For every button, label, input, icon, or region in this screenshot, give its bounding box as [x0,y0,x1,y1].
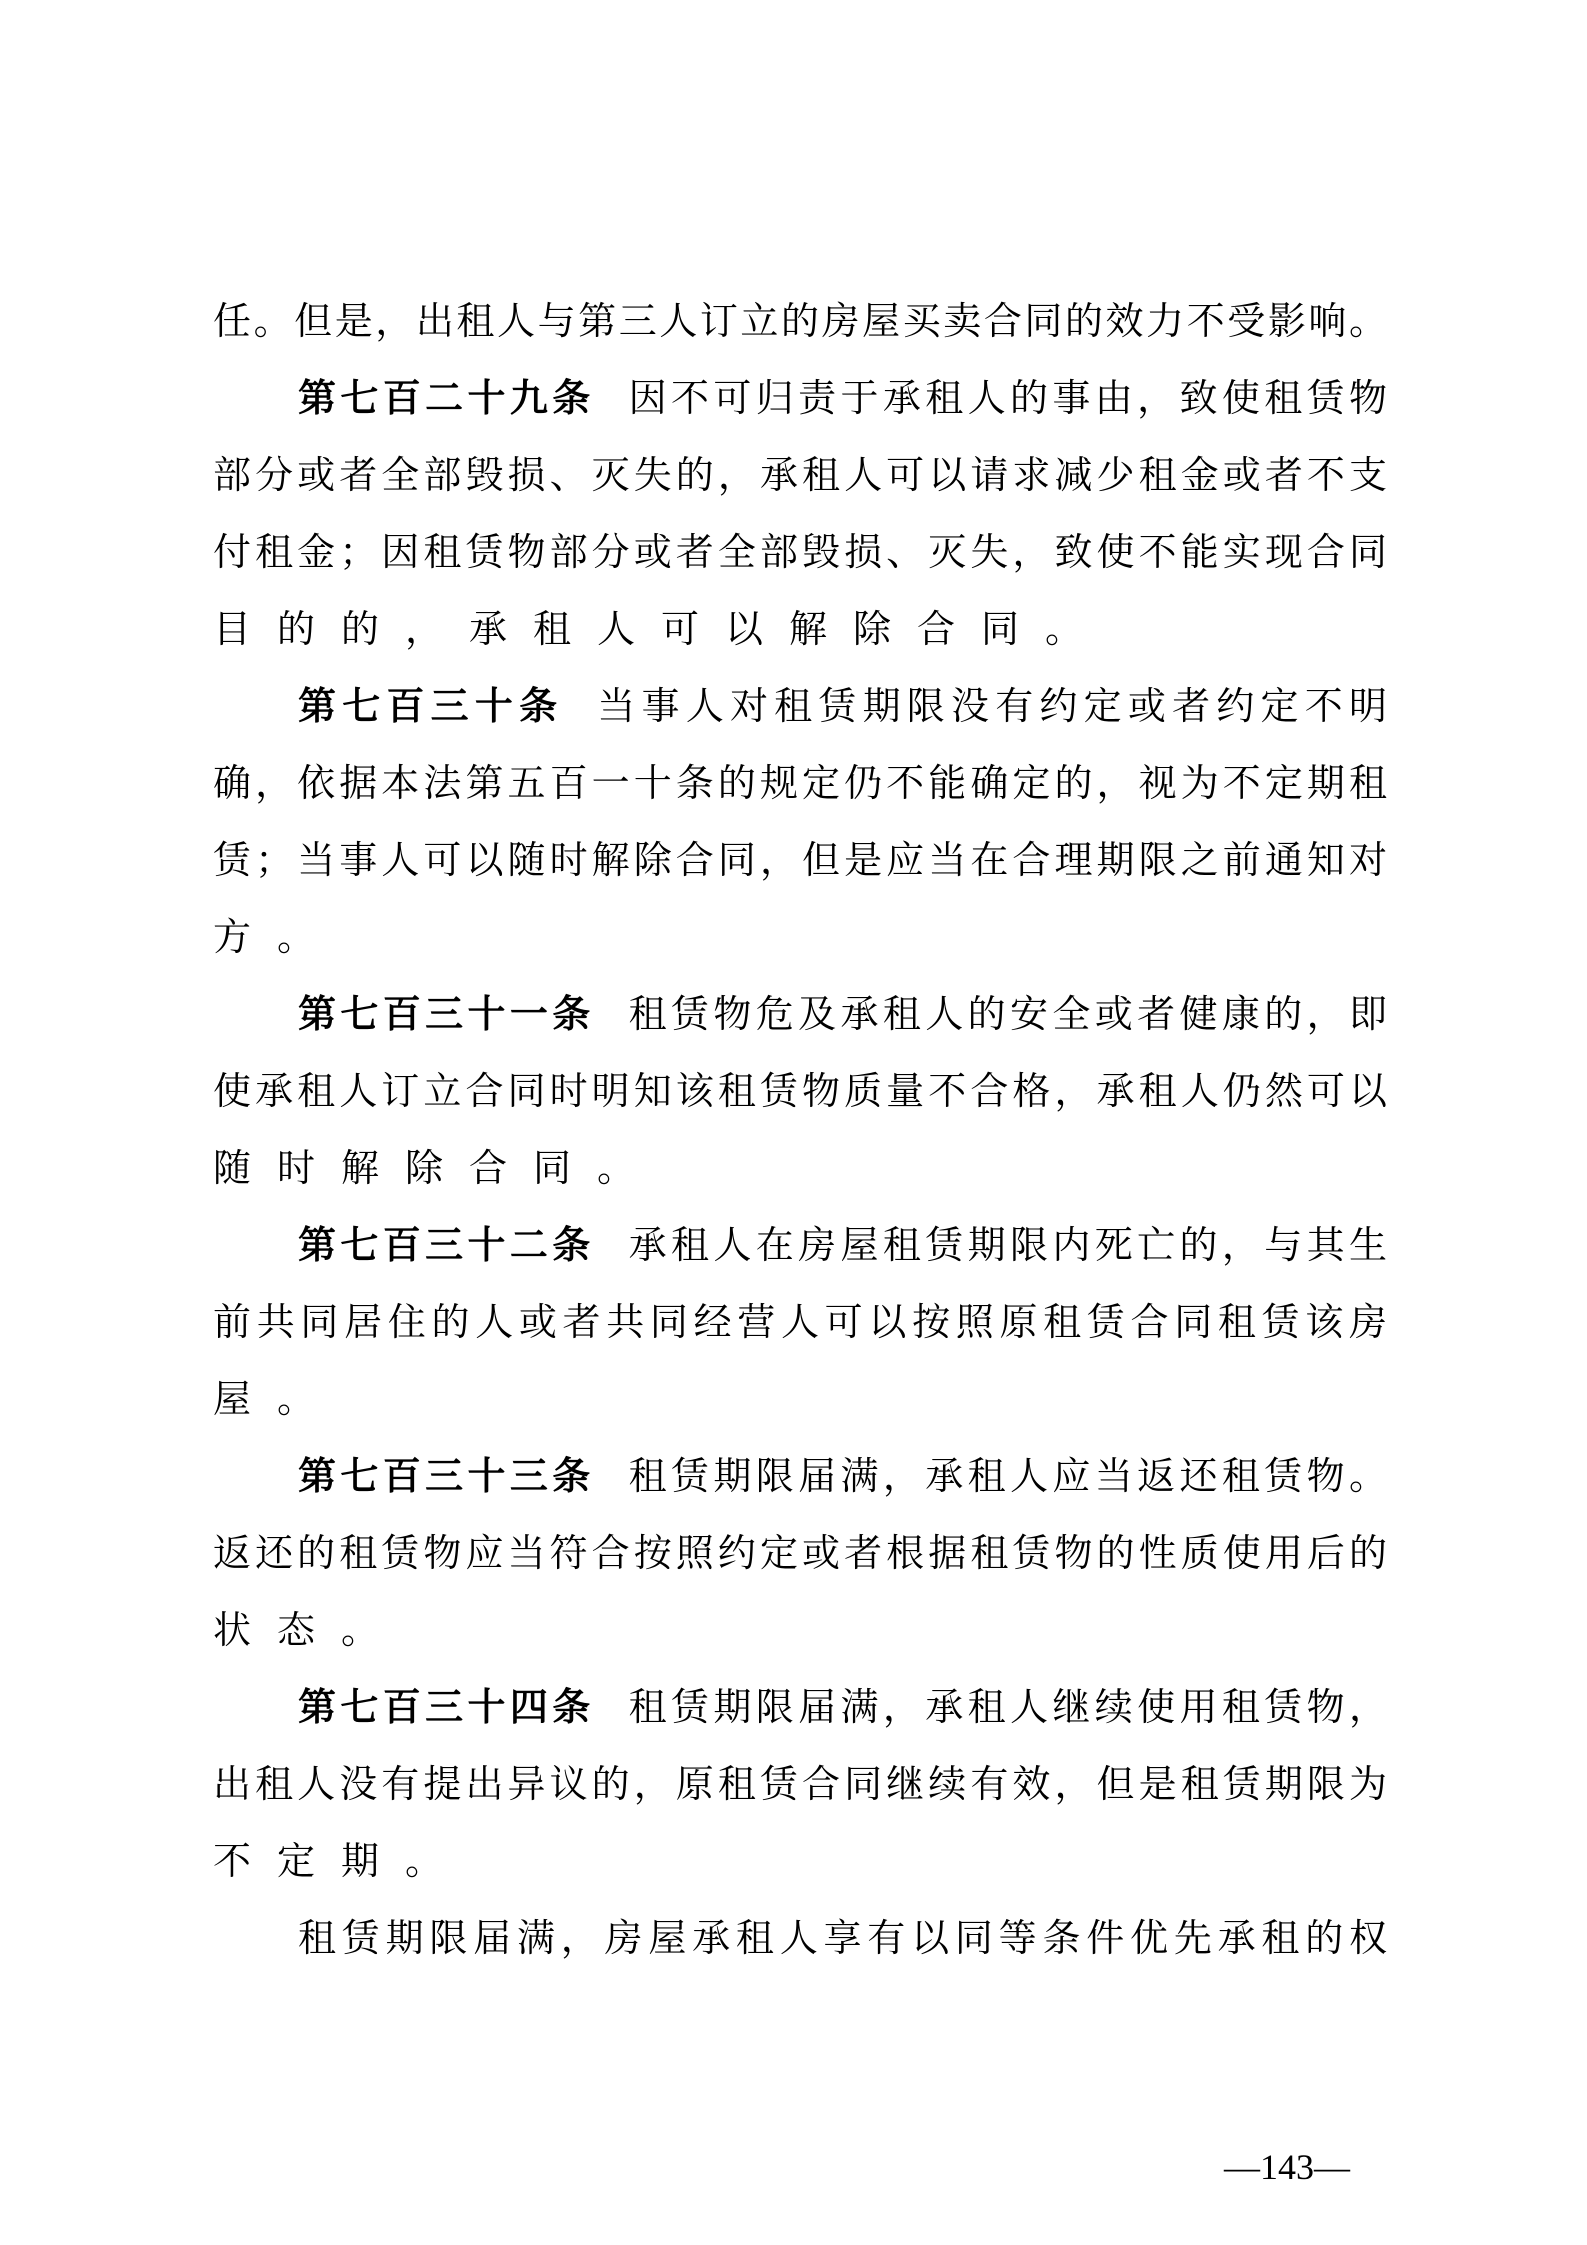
line-text: 租赁期限届满，房屋承租人享有以同等条件优先承租的权 [298,1916,1387,1960]
article-number: 第七百三十四条 [298,1685,595,1729]
text-line: 状态。 [213,1600,1387,1660]
article-732-heading-line: 第七百三十二条承租人在房屋租赁期限内死亡的，与其生 [298,1215,1387,1275]
article-number: 第七百二十九条 [298,376,595,420]
line-text: 确，依据本法第五百一十条的规定仍不能确定的，视为不定期租 [213,761,1387,805]
article-734-heading-line: 第七百三十四条租赁期限届满，承租人继续使用租赁物， [298,1677,1387,1737]
text-line: 前共同居住的人或者共同经营人可以按照原租赁合同租赁该房 [213,1292,1387,1352]
line-text: 任。但是，出租人与第三人订立的房屋买卖合同的效力不受影响。 [213,299,1387,343]
line-text: 租赁物危及承租人的安全或者健康的，即 [629,992,1387,1036]
article-number: 第七百三十三条 [298,1454,595,1498]
line-text: 不定期。 [213,1839,469,1883]
line-text: 因不可归责于承租人的事由，致使租赁物 [629,376,1387,420]
line-text: 方。 [213,915,341,959]
paragraph-start-line: 租赁期限届满，房屋承租人享有以同等条件优先承租的权 [298,1908,1387,1968]
line-text: 出租人没有提出异议的，原租赁合同继续有效，但是租赁期限为 [213,1762,1387,1806]
text-line: 方。 [213,907,1387,967]
line-text: 租赁期限届满，承租人继续使用租赁物， [629,1685,1387,1729]
article-number: 第七百三十一条 [298,992,595,1036]
line-text: 状态。 [213,1608,405,1652]
article-729-heading-line: 第七百二十九条因不可归责于承租人的事由，致使租赁物 [298,368,1387,428]
text-line: 出租人没有提出异议的，原租赁合同继续有效，但是租赁期限为 [213,1754,1387,1814]
text-line: 赁；当事人可以随时解除合同，但是应当在合理期限之前通知对 [213,830,1387,890]
article-733-heading-line: 第七百三十三条租赁期限届满，承租人应当返还租赁物。 [298,1446,1387,1506]
line-text: 屋。 [213,1377,341,1421]
article-number: 第七百三十条 [298,684,563,728]
text-line: 付租金；因租赁物部分或者全部毁损、灭失，致使不能实现合同 [213,522,1387,582]
line-text: 随时解除合同。 [213,1146,661,1190]
text-line: 部分或者全部毁损、灭失的，承租人可以请求减少租金或者不支 [213,445,1387,505]
text-line: 确，依据本法第五百一十条的规定仍不能确定的，视为不定期租 [213,753,1387,813]
line-text: 当事人对租赁期限没有约定或者约定不明 [597,684,1387,728]
text-line: 不定期。 [213,1831,1387,1891]
article-730-heading-line: 第七百三十条当事人对租赁期限没有约定或者约定不明 [298,676,1387,736]
line-text: 付租金；因租赁物部分或者全部毁损、灭失，致使不能实现合同 [213,530,1387,574]
text-line: 目的的，承租人可以解除合同。 [213,599,1387,659]
line-text: 部分或者全部毁损、灭失的，承租人可以请求减少租金或者不支 [213,453,1387,497]
article-number: 第七百三十二条 [298,1223,595,1267]
text-line: 屋。 [213,1369,1387,1429]
article-731-heading-line: 第七百三十一条租赁物危及承租人的安全或者健康的，即 [298,984,1387,1044]
line-text: 租赁期限届满，承租人应当返还租赁物。 [629,1454,1387,1498]
line-text: 前共同居住的人或者共同经营人可以按照原租赁合同租赁该房 [213,1300,1387,1344]
line-text: 赁；当事人可以随时解除合同，但是应当在合理期限之前通知对 [213,838,1387,882]
text-line: 返还的租赁物应当符合按照约定或者根据租赁物的性质使用后的 [213,1523,1387,1583]
page-number: —143— [1222,2142,1352,2192]
text-line: 任。但是，出租人与第三人订立的房屋买卖合同的效力不受影响。 [213,291,1387,351]
document-page: 任。但是，出租人与第三人订立的房屋买卖合同的效力不受影响。 第七百二十九条因不可… [0,0,1587,2245]
text-line: 随时解除合同。 [213,1138,1387,1198]
text-line: 使承租人订立合同时明知该租赁物质量不合格，承租人仍然可以 [213,1061,1387,1121]
line-text: 目的的，承租人可以解除合同。 [213,607,1109,651]
line-text: 承租人在房屋租赁期限内死亡的，与其生 [629,1223,1387,1267]
line-text: 使承租人订立合同时明知该租赁物质量不合格，承租人仍然可以 [213,1069,1387,1113]
line-text: 返还的租赁物应当符合按照约定或者根据租赁物的性质使用后的 [213,1531,1387,1575]
